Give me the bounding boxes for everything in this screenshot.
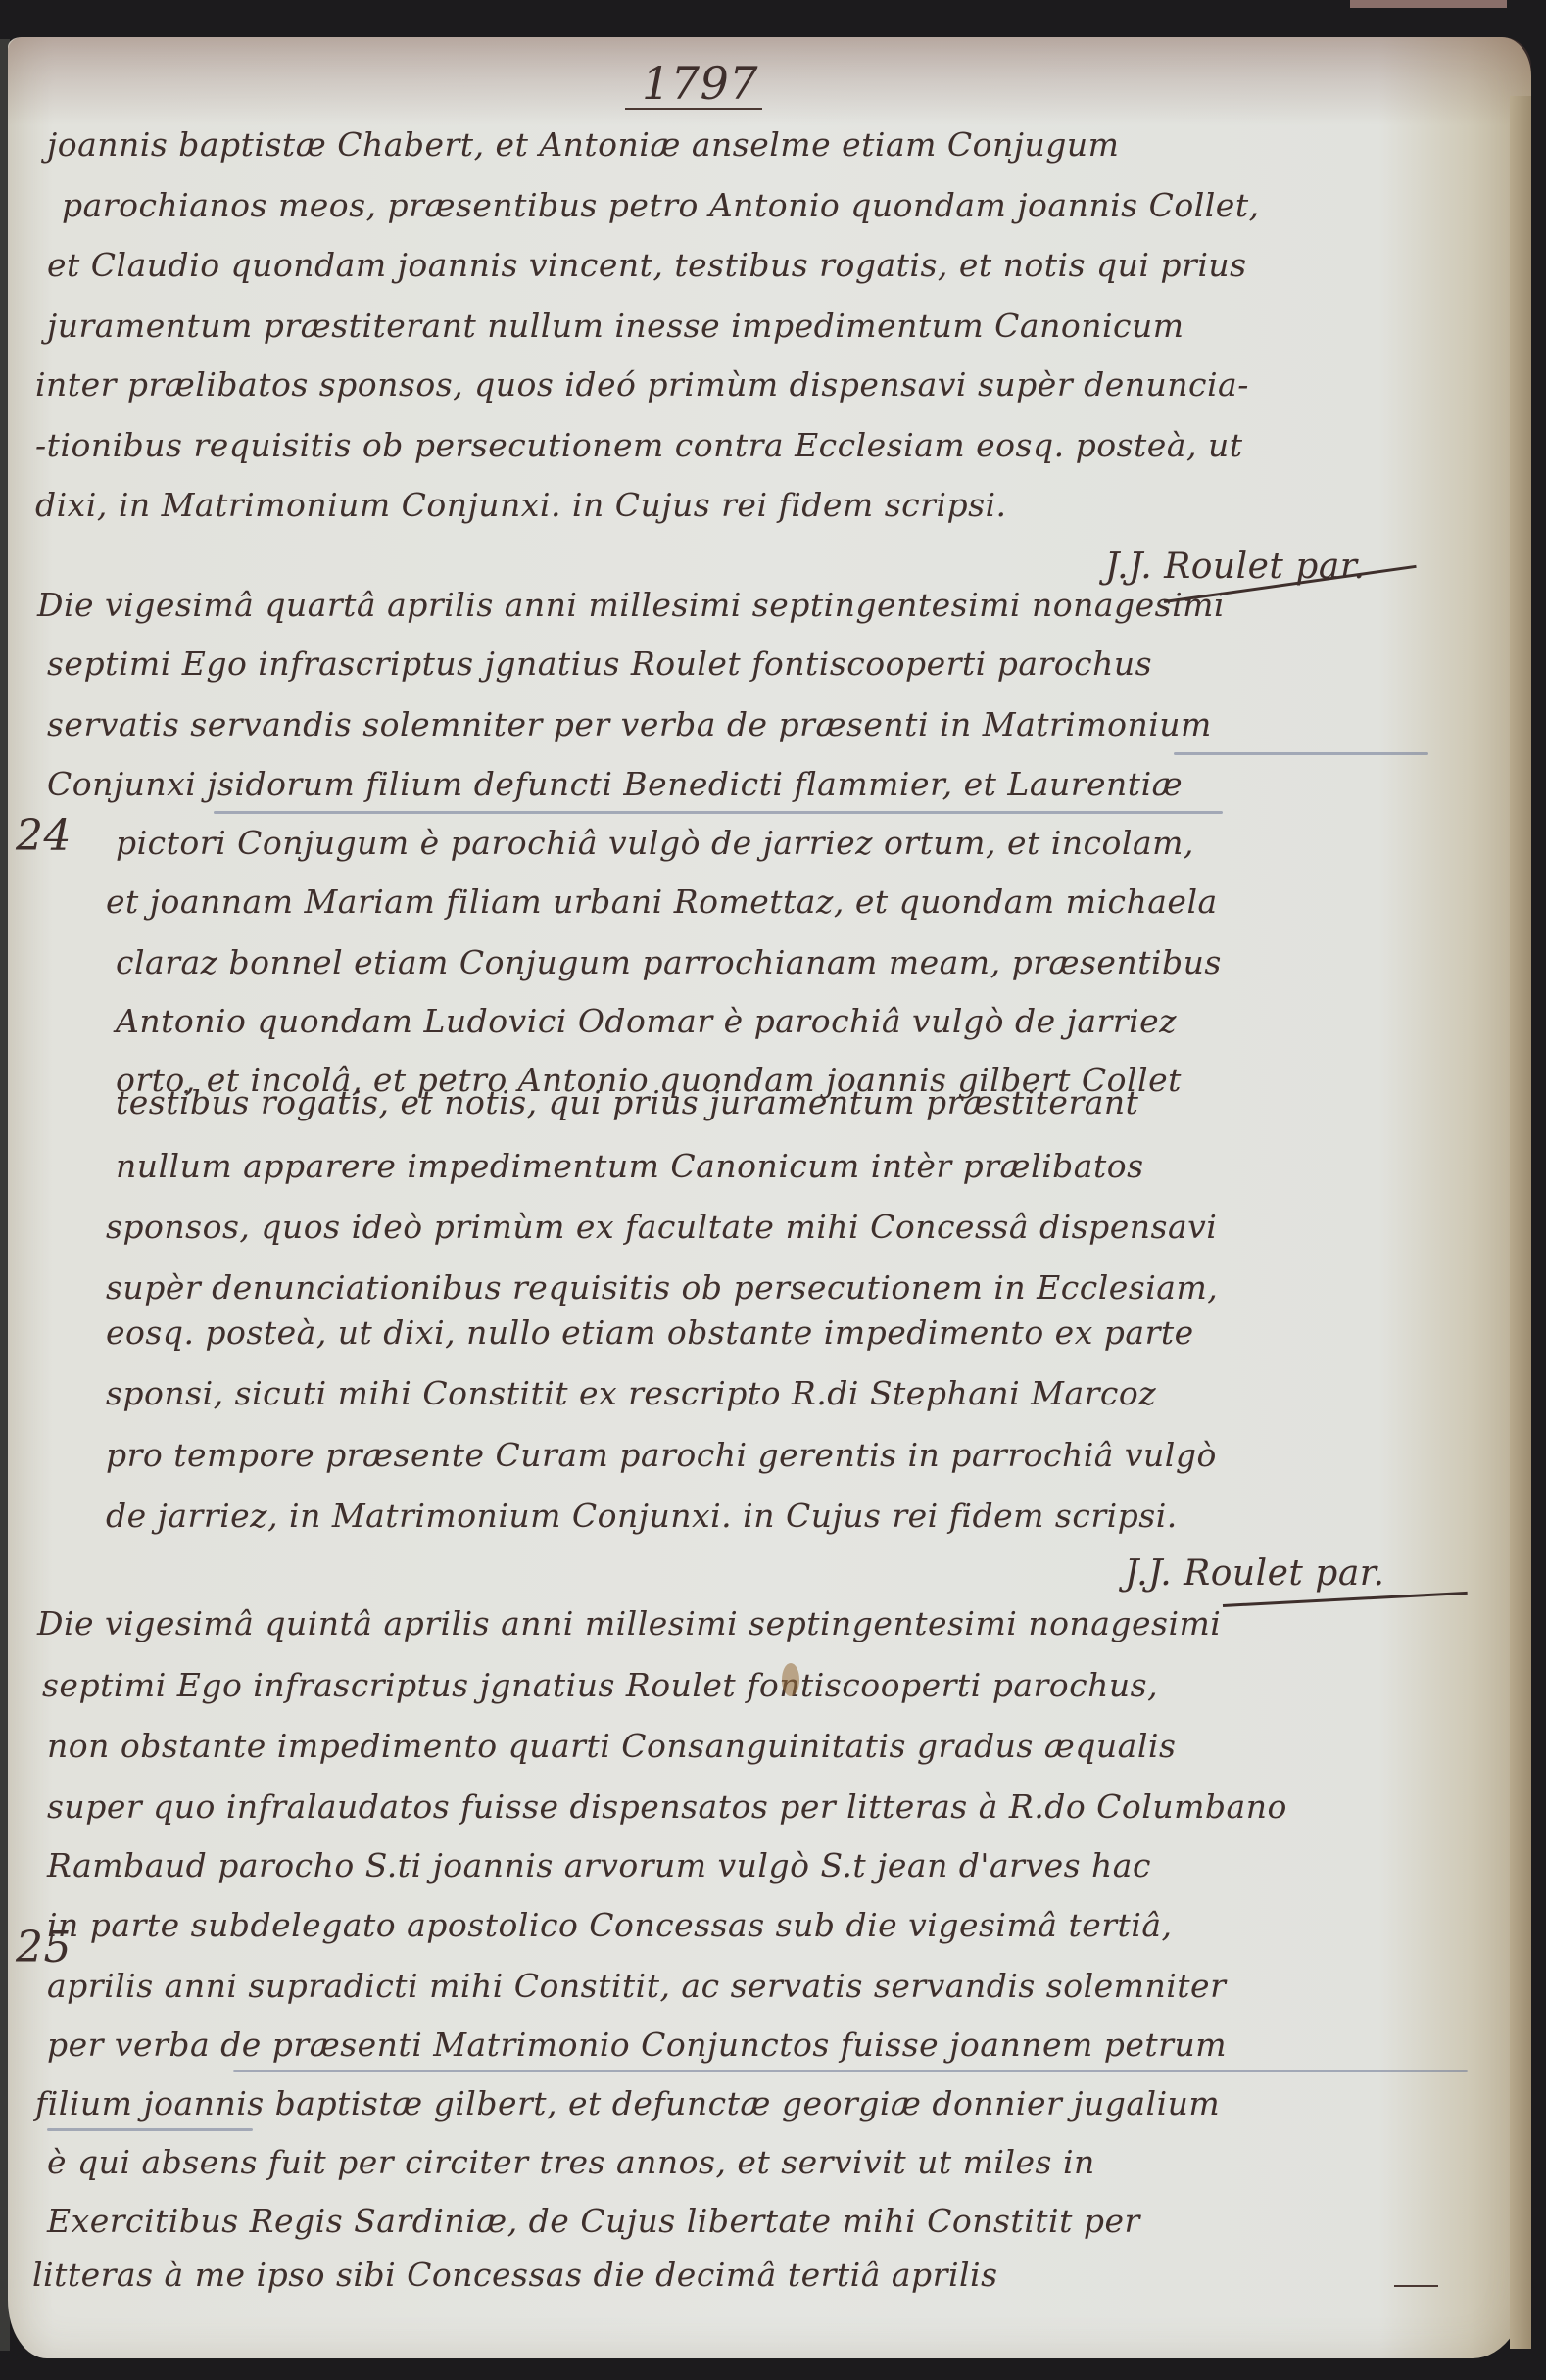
text-line: septimi Ego infrascriptus jgnatius Roule… — [47, 644, 1152, 683]
text-line: -tionibus requisitis ob persecutionem co… — [35, 426, 1242, 464]
text-line: et joannam Mariam filiam urbani Romettaz… — [106, 882, 1218, 921]
text-line: Antonio quondam Ludovici Odomar è paroch… — [116, 1002, 1177, 1040]
text-line: sponsi, sicuti mihi Constitit ex rescrip… — [106, 1374, 1156, 1412]
text-line: joannis baptistæ Chabert, et Antoniæ ans… — [47, 125, 1119, 164]
text-line: supèr denunciationibus requisitis ob per… — [106, 1268, 1218, 1307]
text-line: et Claudio quondam joannis vincent, test… — [47, 246, 1247, 284]
entry-number: 24 — [16, 811, 72, 861]
text-line: eosq. posteà, ut dixi, nullo etiam obsta… — [106, 1313, 1194, 1352]
text-line: litteras à me ipso sibi Concessas die de… — [32, 2256, 998, 2294]
text-line: sponsos, quos ideò primùm ex facultate m… — [106, 1208, 1217, 1246]
text-line: inter prælibatos sponsos, quos ideó prim… — [35, 365, 1249, 404]
text-line: è qui absens fuit per circiter tres anno… — [47, 2143, 1095, 2181]
text-line: Conjunxi jsidorum filium defuncti Benedi… — [47, 765, 1183, 803]
text-line: pictori Conjugum è parochiâ vulgò de jar… — [116, 824, 1194, 862]
pencil-underline — [47, 2128, 253, 2131]
text-line: juramentum præstiterant nullum inesse im… — [47, 307, 1184, 345]
register-page: 1797 joannis baptistæ Chabert, et Antoni… — [8, 37, 1531, 2358]
pencil-underline — [233, 2070, 1468, 2072]
text-line: super quo infralaudatos fuisse dispensat… — [47, 1787, 1287, 1826]
text-line: filium joannis baptistæ gilbert, et defu… — [35, 2084, 1220, 2122]
text-line: Rambaud parocho S.ti joannis arvorum vul… — [47, 1846, 1151, 1884]
line-end-dash — [1394, 2285, 1438, 2287]
text-line: nullum apparere impedimentum Canonicum i… — [116, 1147, 1144, 1185]
text-line: septimi Ego infrascriptus jgnatius Roule… — [42, 1666, 1158, 1704]
text-line: dixi, in Matrimonium Conjunxi. in Cujus … — [35, 486, 1007, 524]
text-line: testibus rogatis, et notis, qui prius ju… — [116, 1083, 1138, 1121]
signature-flourish — [1223, 1592, 1468, 1607]
text-line: servatis servandis solemniter per verba … — [47, 705, 1212, 743]
text-line: parochianos meos, præsentibus petro Anto… — [62, 186, 1260, 224]
ink-stain — [782, 1663, 799, 1696]
text-line: Exercitibus Regis Sardiniæ, de Cujus lib… — [47, 2202, 1140, 2240]
text-line: in parte subdelegato apostolico Concessa… — [47, 1906, 1173, 1944]
text-line: Die vigesimâ quintâ aprilis anni millesi… — [37, 1604, 1221, 1642]
page-tab-decoration — [1350, 0, 1507, 8]
text-line: aprilis anni supradicti mihi Constitit, … — [47, 1967, 1226, 2005]
signature: J.J. Roulet par. — [1105, 547, 1366, 587]
text-line: Die vigesimâ quartâ aprilis anni millesi… — [37, 586, 1225, 624]
pencil-underline — [214, 811, 1223, 814]
year-header: 1797 — [642, 57, 758, 110]
signature: J.J. Roulet par. — [1125, 1553, 1385, 1594]
text-line: non obstante impedimento quarti Consangu… — [47, 1727, 1176, 1765]
text-line: pro tempore præsente Curam parochi geren… — [106, 1436, 1217, 1474]
page-edge — [1510, 96, 1531, 2349]
text-line: claraz bonnel etiam Conjugum parrochiana… — [116, 943, 1222, 981]
text-line: per verba de præsenti Matrimonio Conjunc… — [47, 2025, 1227, 2064]
year-underline — [625, 108, 762, 110]
text-line: de jarriez, in Matrimonium Conjunxi. in … — [106, 1497, 1178, 1535]
pencil-underline — [1174, 752, 1428, 755]
